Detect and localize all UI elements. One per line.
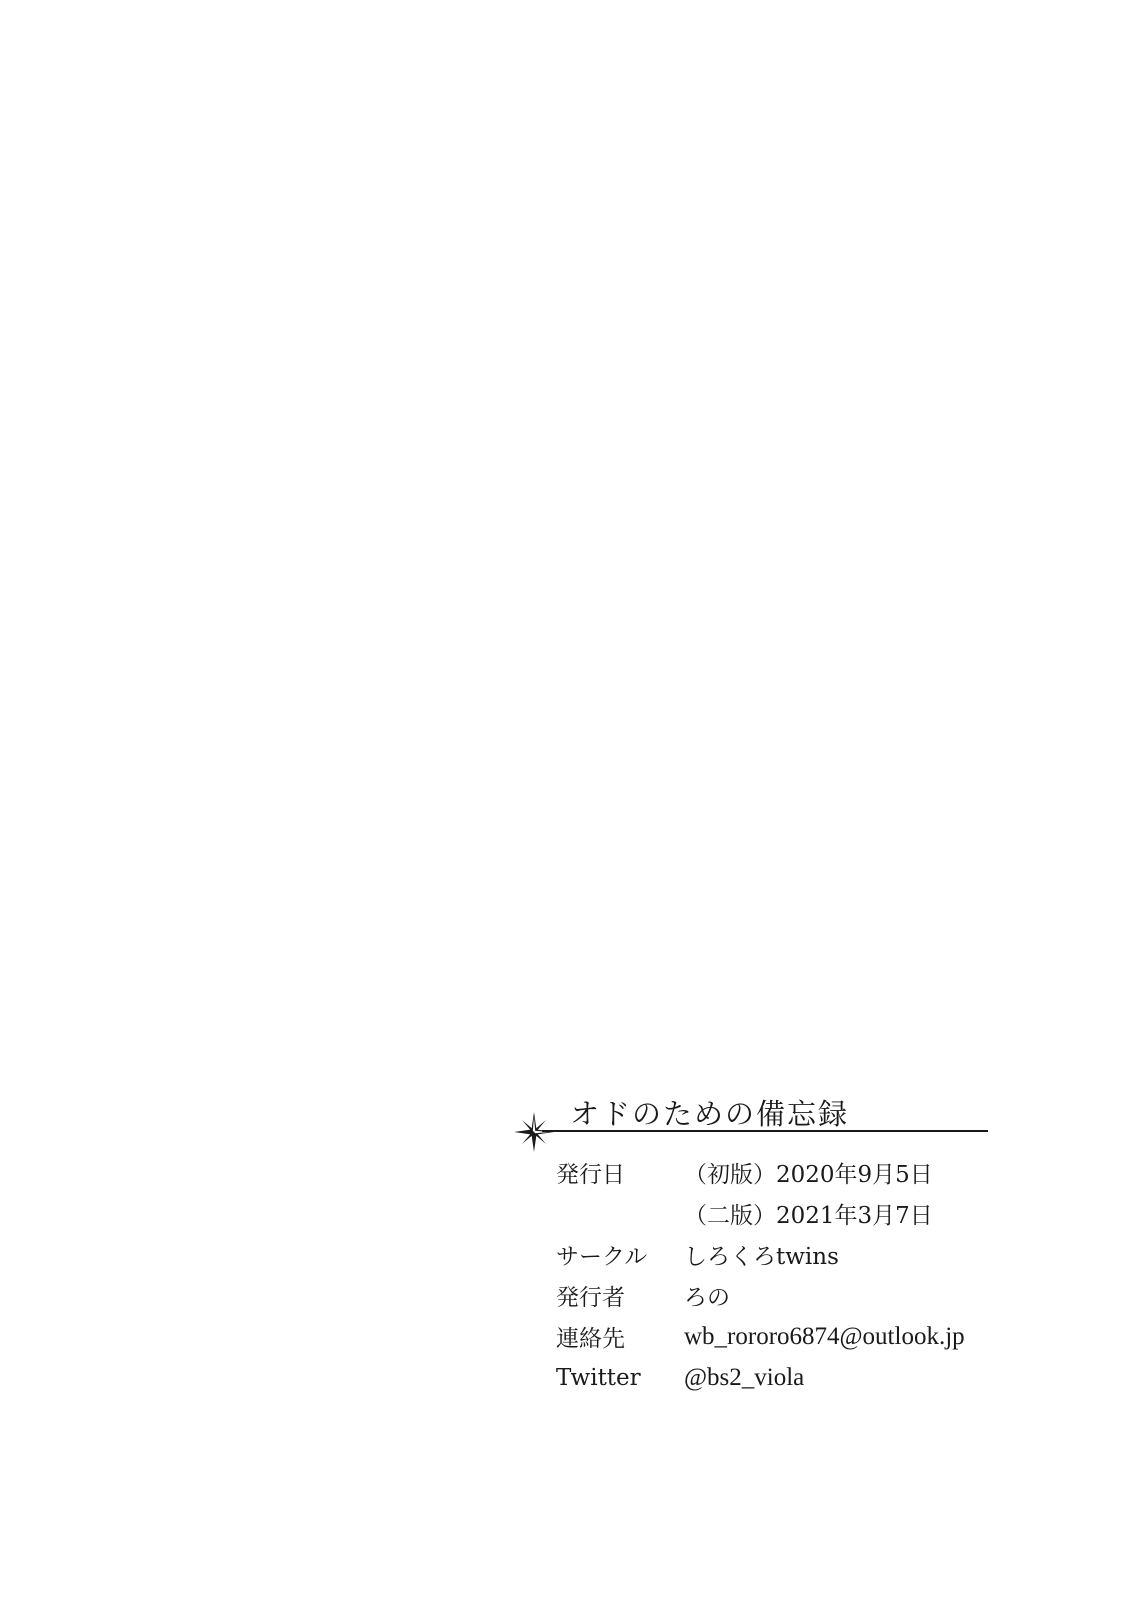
value-twitter-handle: @bs2_viola bbox=[684, 1364, 994, 1392]
row-publish-date-second: （二版）2021年3月7日 bbox=[556, 1193, 994, 1234]
value-contact-email: wb_rororo6874@outlook.jp bbox=[684, 1323, 994, 1351]
colophon-header: オドのための備忘録 bbox=[514, 1088, 994, 1136]
book-title: オドのための備忘録 bbox=[570, 1092, 849, 1133]
colophon: オドのための備忘録 発行日 （初版）2020年9月5日 （二版）2021年3月7… bbox=[514, 1088, 994, 1398]
row-circle: サークル しろくろtwins bbox=[556, 1234, 994, 1275]
label-twitter: Twitter bbox=[556, 1365, 684, 1391]
label-circle: サークル bbox=[556, 1238, 684, 1271]
value-circle: しろくろtwins bbox=[684, 1238, 994, 1271]
label-publish-date: 発行日 bbox=[556, 1156, 684, 1189]
row-contact: 連絡先 wb_rororo6874@outlook.jp bbox=[556, 1316, 994, 1357]
compass-star-icon bbox=[514, 1112, 554, 1152]
label-contact: 連絡先 bbox=[556, 1320, 684, 1353]
row-publisher: 発行者 ろの bbox=[556, 1275, 994, 1316]
value-first-edition: （初版）2020年9月5日 bbox=[684, 1156, 994, 1189]
row-twitter: Twitter @bs2_viola bbox=[556, 1357, 994, 1398]
colophon-details: 発行日 （初版）2020年9月5日 （二版）2021年3月7日 サークル しろく… bbox=[514, 1152, 994, 1398]
row-publish-date-first: 発行日 （初版）2020年9月5日 bbox=[556, 1152, 994, 1193]
value-second-edition: （二版）2021年3月7日 bbox=[684, 1197, 994, 1230]
label-publisher: 発行者 bbox=[556, 1279, 684, 1312]
value-publisher: ろの bbox=[684, 1279, 994, 1312]
